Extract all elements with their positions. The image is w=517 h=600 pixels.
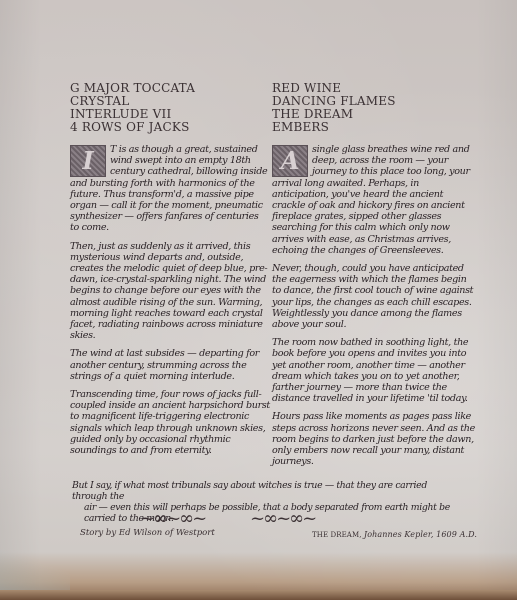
right-column: Red Wine Dancing Flames The Dream Embers…: [272, 82, 477, 474]
paragraph: Then, just as suddenly as it arrived, th…: [70, 241, 270, 342]
quote-line-1: But I say, if what most tribunals say ab…: [72, 480, 452, 502]
title-line: 4 Rows of Jacks: [70, 121, 270, 134]
paragraph: A single glass breathes wine red and dee…: [272, 144, 477, 256]
left-column: G Major Toccata Crystal Interlude VII 4 …: [70, 82, 270, 463]
flourish-ornament: ~∞~∞~: [140, 508, 205, 529]
paragraph: I T is as though a great, sustained wind…: [70, 144, 270, 234]
flourish-ornament: ~∞~∞~: [250, 508, 315, 529]
initial-letter: I: [71, 146, 105, 176]
source-author: Johannes Kepler, 1609 A.D.: [364, 530, 477, 539]
story-credit: Story by Ed Wilson of Westport: [80, 528, 215, 538]
title-line: Embers: [272, 121, 477, 134]
paragraph: Transcending time, four rows of jacks fu…: [70, 389, 270, 456]
source-title: THE DREAM,: [312, 531, 362, 539]
frame-edge: [0, 590, 517, 600]
left-titles: G Major Toccata Crystal Interlude VII 4 …: [70, 82, 270, 134]
illuminated-initial: A: [272, 145, 308, 177]
illuminated-initial: I: [70, 145, 106, 177]
source-credit: THE DREAM, Johannes Kepler, 1609 A.D.: [312, 530, 477, 539]
paragraph: Never, though, could you have anticipate…: [272, 263, 477, 330]
paragraph: Hours pass like moments as pages pass li…: [272, 411, 477, 467]
right-titles: Red Wine Dancing Flames The Dream Embers: [272, 82, 477, 134]
paragraph: The room now bathed in soothing light, t…: [272, 337, 477, 404]
initial-letter: A: [273, 146, 307, 176]
paragraph: The wind at last subsides — departing fo…: [70, 348, 270, 382]
